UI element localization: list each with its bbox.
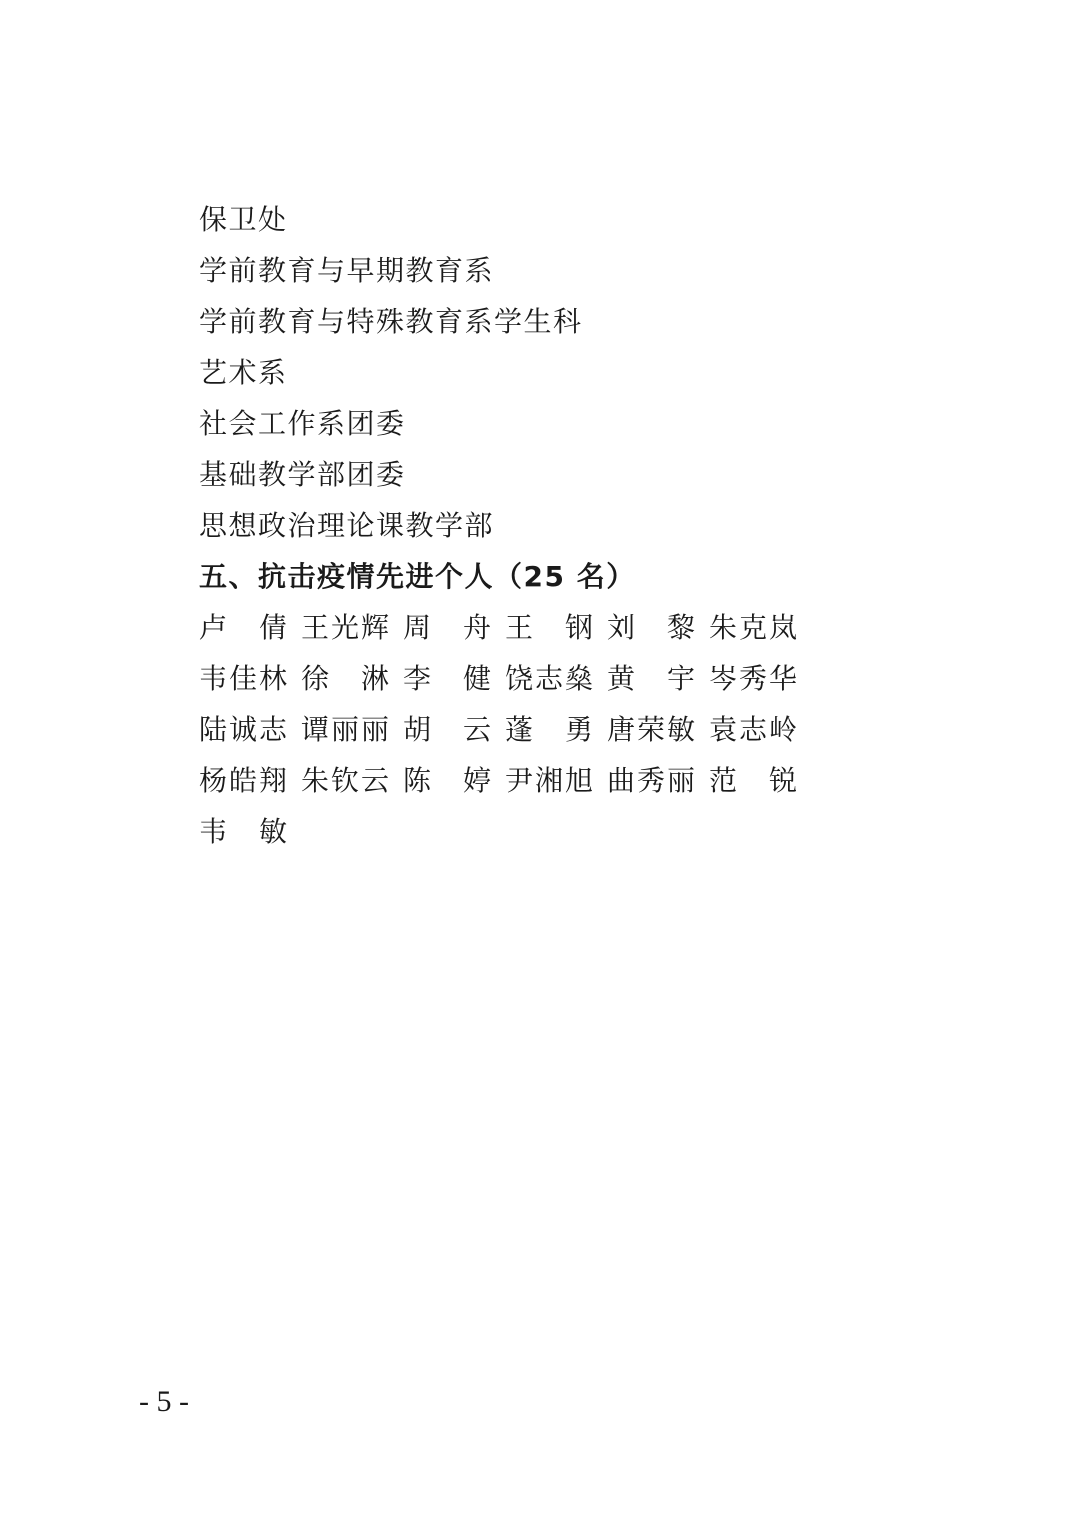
unit-item: 保卫处 bbox=[199, 202, 288, 238]
names-row: 韦佳林徐淋李健饶志燊黄宇岑秀华 bbox=[199, 661, 799, 697]
person-name: 岑秀华 bbox=[709, 661, 797, 697]
names-row: 杨皓翔朱钦云陈婷尹湘旭曲秀丽范锐 bbox=[199, 763, 799, 799]
person-name: 李健 bbox=[403, 661, 491, 697]
person-name: 曲秀丽 bbox=[607, 763, 695, 799]
person-name: 周舟 bbox=[403, 610, 491, 646]
person-name: 徐淋 bbox=[301, 661, 389, 697]
person-name: 饶志燊 bbox=[505, 661, 593, 697]
unit-item: 社会工作系团委 bbox=[199, 406, 406, 442]
person-name: 谭丽丽 bbox=[301, 712, 389, 748]
person-name: 卢倩 bbox=[199, 610, 287, 646]
person-name: 杨皓翔 bbox=[199, 763, 287, 799]
person-name: 刘黎 bbox=[607, 610, 695, 646]
names-row: 韦敏 bbox=[199, 814, 799, 850]
person-name: 蓬勇 bbox=[505, 712, 593, 748]
person-name: 胡云 bbox=[403, 712, 491, 748]
person-name: 朱克岚 bbox=[709, 610, 797, 646]
unit-item: 思想政治理论课教学部 bbox=[199, 508, 494, 544]
person-name: 尹湘旭 bbox=[505, 763, 593, 799]
unit-item: 学前教育与特殊教育系学生科 bbox=[199, 304, 583, 340]
unit-item: 基础教学部团委 bbox=[199, 457, 406, 493]
person-name: 韦敏 bbox=[199, 814, 287, 850]
page-number: - 5 - bbox=[139, 1384, 189, 1420]
names-row: 陆诚志谭丽丽胡云蓬勇唐荣敏袁志岭 bbox=[199, 712, 799, 748]
person-name: 韦佳林 bbox=[199, 661, 287, 697]
unit-item: 学前教育与早期教育系 bbox=[199, 253, 494, 289]
person-name: 唐荣敏 bbox=[607, 712, 695, 748]
person-name: 王钢 bbox=[505, 610, 593, 646]
person-name: 陈婷 bbox=[403, 763, 491, 799]
person-name: 袁志岭 bbox=[709, 712, 797, 748]
person-name: 朱钦云 bbox=[301, 763, 389, 799]
person-name: 范锐 bbox=[709, 763, 797, 799]
person-name: 陆诚志 bbox=[199, 712, 287, 748]
document-page: 保卫处 学前教育与早期教育系 学前教育与特殊教育系学生科 艺术系 社会工作系团委… bbox=[0, 0, 1080, 1527]
person-name: 王光辉 bbox=[301, 610, 389, 646]
names-row: 卢倩王光辉周舟王钢刘黎朱克岚 bbox=[199, 610, 799, 646]
unit-item: 艺术系 bbox=[199, 355, 288, 391]
section-heading: 五、抗击疫情先进个人（25 名） bbox=[199, 559, 636, 595]
person-name: 黄宇 bbox=[607, 661, 695, 697]
